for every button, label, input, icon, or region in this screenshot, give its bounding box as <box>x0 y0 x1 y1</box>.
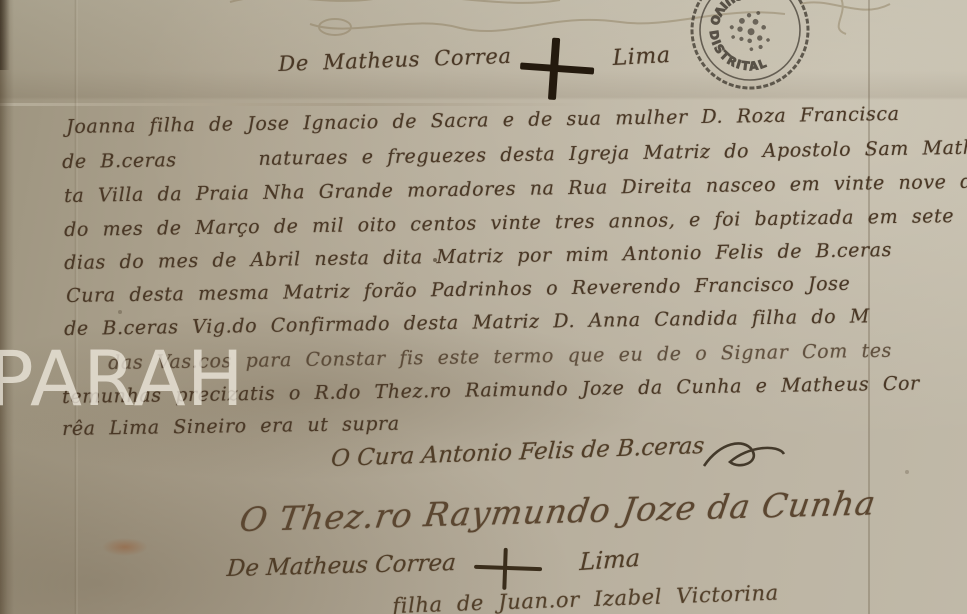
page-corner-shadow <box>0 0 10 70</box>
partial-bottom-line: filha de Juan.or Izabel Victorina <box>392 581 779 614</box>
record-text-line: dias do mes de Abril nesta dita Matriz p… <box>64 239 892 274</box>
paper-stain <box>102 538 148 556</box>
signature-matheus-left: De Matheus Correa <box>226 550 457 582</box>
archive-stamp: ARQUIVO DISTRITAL <box>678 0 822 102</box>
record-text-line: de B.ceras naturaes e freguezes desta Ig… <box>62 135 967 173</box>
ink-speck <box>905 470 909 474</box>
page-left-edge-shadow <box>0 0 14 614</box>
paper-fold-line <box>74 0 78 614</box>
record-text-line: Joanna filha de Jose Ignacio de Sacra e … <box>66 103 900 138</box>
signature-thezoureiro: O Thez.ro Raymundo Joze da Cunha <box>237 483 879 539</box>
cross-icon <box>473 547 544 593</box>
cross-icon <box>516 35 598 104</box>
signature-matheus-right: Lima <box>579 544 641 576</box>
ink-speck <box>118 310 122 314</box>
scanned-baptism-record: ARQUIVO DISTRITAL De Matheus Correa Lima… <box>0 0 967 614</box>
paper-crease-line <box>0 103 590 106</box>
record-text-line: Cura desta mesma Matriz forão Padrinhos … <box>66 273 851 307</box>
watermark: PARAH <box>0 341 245 417</box>
record-text-line: do mes de Março de mil oito centos vinte… <box>64 205 954 241</box>
heading-right-text: Lima <box>612 43 671 71</box>
signature-rubric <box>700 436 790 476</box>
record-text-line: ta Villa da Praia Nha Grande moradores n… <box>64 170 967 207</box>
stamp-emblem <box>726 8 776 58</box>
